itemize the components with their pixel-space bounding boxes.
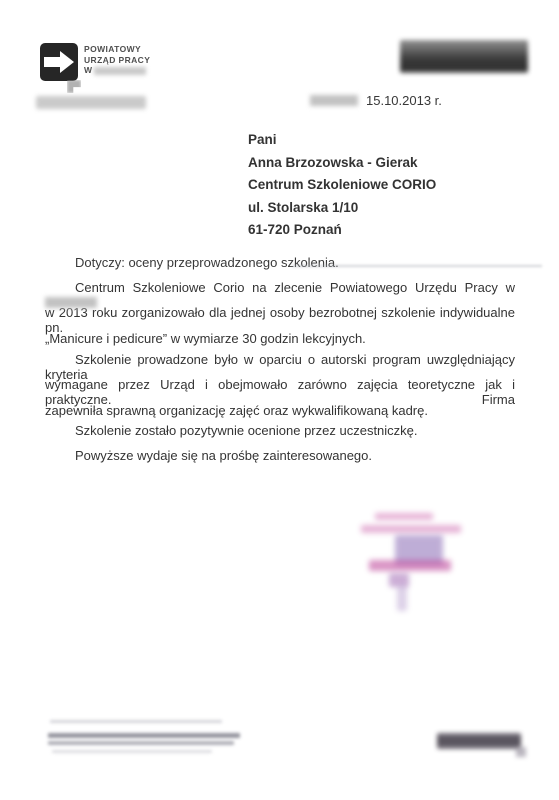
letterhead-org-name: POWIATOWY URZĄD PRACY W [84, 44, 150, 76]
para1-line2: w 2013 roku zorganizowało dla jednej oso… [45, 305, 515, 330]
redacted-footer-line-2 [48, 733, 240, 738]
closing-line-1: Szkolenie zostało pozytywnie ocenione pr… [75, 423, 418, 438]
closing-line-2: Powyższe wydaje się na prośbę zaintereso… [75, 448, 372, 463]
scan-smudge-line [292, 265, 542, 267]
para2-line2: wymagane przez Urząd i obejmowało zarówn… [45, 377, 515, 402]
date-text: 15.10.2013 r. [366, 93, 442, 108]
redacted-pink-stamp [355, 505, 475, 615]
paragraph-1: Centrum Szkoleniowe Corio na zlecenie Po… [45, 280, 515, 356]
redacted-place-name [310, 95, 358, 106]
recipient-address: Pani Anna Brzozowska - Gierak Centrum Sz… [248, 129, 436, 242]
recipient-city: 61-720 Poznań [248, 219, 436, 242]
org-line1: POWIATOWY [84, 44, 150, 55]
date-line: 15.10.2013 r. [310, 93, 442, 108]
paragraph-2: Szkolenie prowadzone było w oparciu o au… [45, 352, 515, 428]
redacted-stamp-top-right [400, 40, 528, 73]
scanned-letter-page: POWIATOWY URZĄD PRACY W 15.10.2013 r. Pa… [0, 0, 559, 800]
redacted-city-name [94, 67, 146, 75]
recipient-salutation: Pani [248, 129, 436, 152]
recipient-street: ul. Stolarska 1/10 [248, 197, 436, 220]
stamp-row-1 [375, 513, 433, 520]
stamp-row-2 [361, 525, 461, 533]
arrow-right-icon [44, 49, 74, 75]
org-line3: W [84, 65, 150, 76]
stamp-tail-mark [516, 747, 526, 757]
redacted-reference-number [36, 96, 146, 109]
recipient-name: Anna Brzozowska - Gierak [248, 152, 436, 175]
org-line2: URZĄD PRACY [84, 55, 150, 66]
redacted-city-inline [45, 297, 97, 308]
stamp-drip [397, 585, 407, 611]
stamp-row-3 [369, 560, 451, 571]
pup-logo [40, 43, 78, 81]
para1-line1: Centrum Szkoleniowe Corio na zlecenie Po… [45, 280, 515, 305]
subject-line: Dotyczy: oceny przeprowadzonego szkoleni… [75, 255, 339, 270]
redacted-footer-line-4 [52, 750, 212, 753]
redacted-footer-line-1 [50, 720, 222, 723]
logo-submark [67, 80, 81, 93]
recipient-company: Centrum Szkoleniowe CORIO [248, 174, 436, 197]
redacted-stamp-bottom-right [437, 733, 521, 749]
redacted-footer-line-3 [48, 741, 234, 745]
para2-line1: Szkolenie prowadzone było w oparciu o au… [45, 352, 515, 377]
